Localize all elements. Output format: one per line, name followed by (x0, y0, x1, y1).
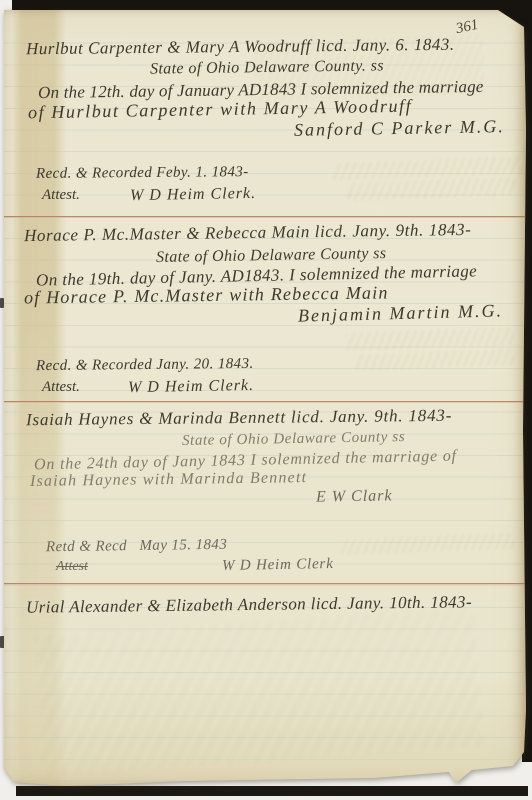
record-separator-line-2 (4, 401, 526, 403)
entry-3-recorded-line: Retd & Recd May 15. 1843 (46, 536, 227, 557)
entry-2-attest-label: Attest. (42, 378, 80, 397)
entry-3-solemnized-line-2: Isaiah Haynes with Marinda Bennett (30, 468, 307, 492)
gutter-shading (12, 10, 66, 796)
entry-2-officiant-signature: Benjamin Martin M.G. (298, 299, 504, 327)
entry-3-state-line: State of Ohio Delaware County ss (182, 428, 406, 451)
bleedthrough-smudge (35, 607, 484, 777)
bleedthrough-smudge (346, 177, 517, 201)
entry-3-officiant-signature: E W Clark (316, 486, 393, 507)
entry-3-clerk-signature: W D Heim Clerk (222, 555, 334, 576)
entry-1-recorded-line: Recd. & Recorded Feby. 1. 1843- (36, 163, 249, 184)
entry-3-attest-label: Attest (56, 558, 88, 576)
entry-2-clerk-signature: W D Heim Clerk. (128, 376, 254, 398)
entry-2-names-line: Horace P. Mc.Master & Rebecca Main licd.… (24, 219, 472, 246)
entry-1-attest-label: Attest. (42, 186, 80, 205)
record-separator-line-1 (4, 216, 526, 218)
page-wrap: 361 Hurlbut Carpenter & Mary A Woodruff … (0, 0, 532, 800)
bleedthrough-smudge (346, 327, 515, 351)
bleedthrough-smudge (339, 533, 514, 555)
bleedthrough-smudge (332, 157, 522, 181)
entry-2-recorded-line: Recd. & Recorded Jany. 20. 1843. (36, 355, 254, 376)
scanned-marriage-register-page: 361 Hurlbut Carpenter & Mary A Woodruff … (0, 0, 532, 800)
entry-1-state-line: State of Ohio Delaware County. ss (150, 56, 384, 79)
entry-1-officiant-signature: Sanford C Parker M.G. (294, 115, 505, 141)
page-number: 361 (454, 16, 480, 39)
entry-4-names-line: Urial Alexander & Elizabeth Anderson lic… (26, 591, 472, 618)
bleedthrough-smudge (354, 349, 514, 371)
ledger-page: 361 Hurlbut Carpenter & Mary A Woodruff … (4, 10, 526, 796)
entry-1-names-line: Hurlbut Carpenter & Mary A Woodruff licd… (26, 34, 455, 60)
entry-3-names-line: Isaiah Haynes & Marinda Bennett licd. Ja… (26, 405, 452, 431)
record-separator-line-3 (4, 583, 526, 585)
entry-1-clerk-signature: W D Heim Clerk. (130, 184, 256, 206)
